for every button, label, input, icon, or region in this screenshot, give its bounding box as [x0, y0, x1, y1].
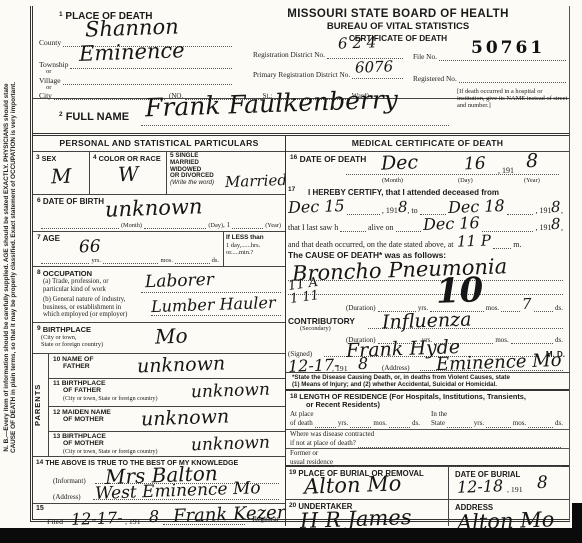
occupation-a1: (a) Trade, profession, or [43, 278, 109, 286]
state-yrs: yrs. [474, 420, 484, 428]
township-label: Township [39, 60, 68, 69]
dotted-line [486, 419, 511, 428]
burial-number: 19 [289, 469, 296, 476]
occupation-b1: (b) General nature of industry, [43, 296, 127, 304]
dotted-line [447, 419, 472, 428]
parents-sidebar: PARENTS [33, 354, 49, 456]
certify-year2-value: 8 [551, 200, 561, 215]
age-less-cell: If LESS than 1 day,......hrs. or.....min… [223, 232, 285, 266]
age-units: yrs. mos. ds. [39, 255, 219, 264]
filed-date-value: 12-17- [71, 510, 123, 528]
contributory-sub: (Secondary) [300, 325, 331, 332]
residence-label2: or Recent Residents) [290, 401, 526, 409]
occupation-label: 8 OCCUPATION [37, 269, 92, 278]
mother-bp-l1: BIRTHPLACE [62, 433, 106, 440]
occupation-b-value: Lumber Hauler [151, 295, 276, 315]
dob-label: 6 DATE OF BIRTH [37, 197, 104, 206]
certify-line4: and that death occurred, on the date sta… [288, 234, 563, 249]
state-mos: mos. [513, 420, 526, 428]
undertaker-number: 20 [289, 502, 296, 509]
dod-day-label: (Day) [458, 177, 473, 184]
certify-line3: that I last saw h alive on Dec 16 , 191 … [288, 217, 563, 232]
mother-l2: OF MOTHER [53, 416, 111, 423]
registered-no-row: Registered No. [413, 74, 568, 83]
residence-label: 18 LENGTH OF RESIDENCE (For Hospitals, I… [290, 393, 526, 409]
birthplace-number: 9 [37, 325, 41, 332]
or-label-1: or [46, 68, 51, 75]
at-ds: ds. [412, 420, 420, 428]
dotted-line [507, 206, 534, 215]
registration-district-value: 6 2 4 [338, 35, 377, 51]
marital-l1: SINGLE [175, 152, 198, 159]
dotted-line [144, 220, 206, 229]
occupation-b3: which employed (or employer) [43, 311, 127, 319]
dotted-line [41, 255, 89, 264]
township-value: Eminence [79, 40, 185, 65]
dotted-line [350, 419, 371, 428]
father-birthplace-row: 11 BIRTHPLACE OF FATHER (City or town, S… [49, 379, 285, 407]
parents-block: PARENTS 10 NAME OF FATHER unknown 11 BIR… [33, 354, 285, 457]
mother-birthplace-sub: (City or town, State or foreign country) [63, 449, 157, 455]
certify-number: 17 [288, 186, 295, 195]
certify-year1-value: 8 [398, 200, 408, 215]
dob-year-label: (Year) [265, 222, 281, 229]
mother-number: 12 [53, 409, 60, 416]
certify-pre-year-1: , 191 [382, 206, 398, 215]
mother-birthplace-label: 13 BIRTHPLACE OF MOTHER [53, 433, 106, 447]
age-mos-label: mos. [160, 257, 172, 264]
father-l1: NAME OF [62, 356, 93, 363]
county-label: County [39, 38, 61, 47]
undertaker-cell: 20 UNDERTAKER H R James [286, 500, 449, 526]
registration-district-label: Registration District No. [253, 50, 325, 59]
marital-cell: 5 SINGLE MARRIED WIDOWED OR DIVORCED (Wr… [167, 152, 285, 194]
footnote-line2: (1) Means of Injury; and (2) whether Acc… [292, 381, 565, 388]
age-row: 7 AGE 66 yrs. mos. ds. If LESS than [33, 232, 285, 267]
contracted-line2: if not at place of death? [290, 440, 356, 448]
marital-number: 5 [170, 152, 174, 159]
sex-cell: 3 SEX M [33, 152, 90, 194]
sex-text: SEX [42, 154, 57, 163]
bureau-title: BUREAU OF VITAL STATISTICS [228, 21, 568, 32]
father-bp-l2: OF FATHER [53, 387, 106, 394]
dotted-line [346, 174, 559, 175]
certify-line2: Dec 15 , 191 8 , to Dec 18 , 191 8 , [288, 200, 563, 215]
dotted-line [288, 280, 563, 281]
full-name-text: FULL NAME [66, 111, 129, 123]
divider [286, 448, 569, 449]
dod-pre-year: , 191 [498, 166, 514, 175]
burial-row: 19 PLACE OF BURIAL OR REMOVAL Alton Mo D… [286, 465, 569, 499]
age-yrs-label: yrs. [91, 257, 101, 264]
residence-block: 18 LENGTH OF RESIDENCE (For Hospitals, I… [286, 389, 569, 465]
at-yrs: yrs. [338, 420, 348, 428]
occupation-a-value: Laborer [145, 272, 214, 291]
certify-block: 17 I HEREBY CERTIFY, that I attended dec… [286, 186, 569, 248]
dob-sublabels: (Month) (Day) , 1 (Year) [39, 220, 281, 229]
color-number: 4 [93, 154, 97, 161]
sex-value: M [51, 166, 72, 187]
scanned-death-certificate: { "colors": {"paper": "#fcfbf6", "ink": … [0, 0, 582, 543]
dotted-line [358, 439, 561, 448]
certify-to-label: , to [407, 206, 417, 215]
file-no-value: 50761 [471, 38, 545, 58]
sex-number: 3 [36, 154, 40, 161]
certificate-form: 1 PLACE OF DEATH MISSOURI STATE BOARD OF… [30, 6, 570, 522]
contracted-line1: Where was disease contracted [290, 431, 563, 439]
signed-address-label: (Address) [382, 364, 410, 372]
filed-pre-year: , 191 [125, 517, 141, 526]
color-cell: 4 COLOR OR RACE W [90, 152, 167, 194]
birthplace-text: BIRTHPLACE [43, 325, 91, 334]
dotted-line [63, 76, 232, 85]
marital-label: 5 SINGLE MARRIED WIDOWED OR DIVORCED (Wr… [170, 153, 214, 187]
father-l2: FATHER [53, 363, 93, 370]
birthplace-sub: (City or town, State or foreign country) [41, 334, 103, 348]
dotted-line [534, 303, 553, 312]
org-title: MISSOURI STATE BOARD OF HEALTH [228, 8, 568, 20]
dotted-line [389, 419, 410, 428]
birthplace-label: 9 BIRTHPLACE [37, 325, 91, 334]
county-value: Shannon [85, 16, 179, 40]
dotted-line [396, 223, 422, 232]
full-name-value: Frank Faulkenberry [145, 87, 399, 121]
dod-month-value: Dec [381, 153, 419, 173]
date-of-death-row: 16 DATE OF DEATH Dec (Month) 16 (Day) , … [286, 152, 569, 186]
at-place-line1: At place [290, 411, 420, 419]
margin-note-line2: CAUSE OF DEATH in plain terms, so that i… [10, 15, 17, 520]
mother-bp-l2: OF MOTHER [53, 440, 106, 447]
father-name-value: unknown [137, 354, 226, 376]
informant-address-label: (Address) [53, 493, 81, 501]
signed-year-value: 8 [358, 356, 369, 372]
occupation-a-label: (a) Trade, profession, or particular kin… [43, 278, 109, 293]
form-columns: PERSONAL AND STATISTICAL PARTICULARS 3 S… [33, 136, 569, 526]
cause-footnote: *State the Disease Causing Death, or, in… [286, 372, 569, 389]
certify-pre-year-3: , 191 [535, 223, 551, 232]
dob-month-label: (Month) [121, 222, 142, 229]
in-state-line2: State [431, 420, 445, 428]
dotted-line [511, 335, 553, 344]
mother-birthplace-value: unknown [191, 435, 270, 455]
dob-number: 6 [37, 197, 41, 204]
sex-color-marital-row: 3 SEX M 4 COLOR OR RACE W 5 SINGLE MARRI [33, 152, 285, 195]
certify-last-value: Dec 16 [423, 215, 480, 233]
duration-days-value: 7 [522, 297, 532, 312]
dob-text: DATE OF BIRTH [43, 197, 104, 206]
occupation-number: 8 [37, 269, 41, 276]
age-number: 7 [37, 234, 41, 241]
at-mos: mos. [373, 420, 386, 428]
registrar-label: Registrar [252, 514, 279, 523]
former-line1: Former or [290, 450, 563, 458]
father-bp-number: 11 [53, 380, 60, 387]
full-name-label: 2 FULL NAME [59, 111, 129, 123]
or-label-2: or [46, 84, 51, 91]
dob-pre-year: , 1 [223, 221, 230, 229]
residence-contracted: Where was disease contracted if not at p… [290, 431, 563, 448]
father-birthplace-value: unknown [191, 382, 270, 402]
filed-row: 15 Filed 12-17- , 191 8 Frank Kezer Regi… [33, 504, 285, 526]
dod-text: DATE OF DEATH [300, 154, 367, 164]
footnote-line1: *State the Disease Causing Death, or, in… [292, 374, 565, 381]
occupation-b-label: (b) General nature of industry, business… [43, 296, 127, 319]
certify-line3b: alive on [368, 223, 394, 232]
certify-line3a: that I last saw h [288, 223, 338, 232]
dod-year-value: 8 [526, 152, 539, 171]
residence-number: 18 [290, 393, 297, 400]
parents-rows: 10 NAME OF FATHER unknown 11 BIRTHPLACE … [49, 354, 285, 456]
age-less-3: or.....min.? [226, 249, 283, 257]
filed-number: 15 [36, 505, 44, 512]
marital-sub: (Write the word) [170, 180, 214, 187]
mother-name-value: unknown [141, 407, 230, 429]
mother-name-label: 12 MAIDEN NAME OF MOTHER [53, 409, 111, 424]
dod-label: 16 DATE OF DEATH [290, 154, 366, 164]
informant-row: 14 THE ABOVE IS TRUE TO THE BEST OF MY K… [33, 457, 285, 504]
father-birthplace-label: 11 BIRTHPLACE OF FATHER [53, 380, 106, 394]
informant-label: (Informant) [53, 477, 86, 485]
certify-comma: , [561, 206, 563, 215]
personal-title: PERSONAL AND STATISTICAL PARTICULARS [33, 136, 285, 152]
birthplace-sub1: (City or town, [41, 334, 103, 341]
father-birthplace-sub: (City or town, State or foreign country) [63, 396, 157, 402]
place-of-death-number: 1 [59, 11, 63, 18]
mother-birthplace-row: 13 BIRTHPLACE OF MOTHER (City or town, S… [49, 432, 285, 456]
color-value: W [118, 164, 139, 185]
undertaker-row: 20 UNDERTAKER H R James ADDRESS Alton Mo [286, 499, 569, 526]
primary-district-label: Primary Registration District No. [253, 70, 350, 79]
father-name-row: 10 NAME OF FATHER unknown [49, 354, 285, 379]
father-name-label: 10 NAME OF FATHER [53, 356, 93, 371]
contributory-mos-label: mos. [495, 336, 508, 344]
dotted-line [501, 303, 520, 312]
dob-value: unknown [105, 196, 203, 220]
occupation-a2: particular kind of work [43, 286, 109, 294]
mother-l1: MAIDEN NAME [62, 409, 111, 416]
registered-no-label: Registered No. [413, 74, 457, 83]
filed-year-value: 8 [149, 509, 160, 525]
birthplace-value: Mo [155, 325, 188, 346]
age-less-2: 1 day,......hrs. [226, 242, 283, 250]
certify-pre-year-2: , 191 [535, 206, 551, 215]
dotted-line [528, 419, 553, 428]
marital-value: Married [225, 173, 287, 190]
dotted-line [340, 223, 366, 232]
in-state-line1: In the [431, 411, 563, 419]
occupation-text: OCCUPATION [43, 269, 92, 278]
certify-from-value: Dec 15 [288, 198, 345, 216]
birthplace-sub2: State or foreign country) [41, 341, 103, 348]
age-ds-label: ds. [212, 257, 219, 264]
left-margin-note: N. B.—Every item of information should b… [3, 15, 17, 520]
dotted-line [315, 419, 336, 428]
residence-in-state: In the Stateyrs.mos.ds. [431, 411, 563, 428]
parents-label: PARENTS [33, 354, 48, 456]
birthplace-row: 9 BIRTHPLACE (City or town, State or for… [33, 323, 285, 354]
dotted-line [347, 206, 380, 215]
residence-at-place: At place of deathyrs.mos.ds. [290, 411, 420, 428]
attest-number: 14 [36, 459, 43, 466]
dotted-line [141, 125, 449, 126]
mother-name-row: 12 MAIDEN NAME OF MOTHER unknown [49, 407, 285, 432]
certify-year3-value: 8 [551, 217, 561, 232]
undertaker-address-cell: ADDRESS Alton Mo [449, 500, 569, 526]
full-name-number: 2 [59, 111, 63, 118]
dod-month-label: (Month) [382, 177, 403, 184]
cause-mos-label: mos. [486, 304, 499, 312]
margin-note-line1: N. B.—Every item of information should b… [3, 15, 10, 520]
age-cell: 7 AGE 66 yrs. mos. ds. [33, 232, 223, 266]
dotted-line [163, 524, 245, 525]
certify-num-text: 17 [288, 186, 295, 193]
village-row: Village [39, 76, 234, 85]
scan-edge-bottom [0, 528, 582, 543]
burial-date-value: 12-18 [457, 478, 504, 496]
primary-district-value: 6076 [355, 59, 394, 75]
certify-comma-2: , [561, 223, 563, 232]
father-number: 10 [53, 356, 60, 363]
former-line2: usual residence [290, 459, 333, 467]
signed-pre-year: , 191 [332, 364, 348, 373]
dob-row: 6 DATE OF BIRTH unknown (Month) (Day) , … [33, 195, 285, 232]
sex-label: 3 SEX [36, 154, 56, 163]
mother-bp-number: 13 [53, 433, 60, 440]
dod-number: 16 [290, 154, 297, 161]
burial-place-cell: 19 PLACE OF BURIAL OR REMOVAL Alton Mo [286, 467, 449, 499]
cause-duration-label: (Duration) [346, 304, 376, 312]
age-text: AGE [43, 234, 60, 243]
medical-column: MEDICAL CERTIFICATE OF DEATH 16 DATE OF … [285, 136, 569, 526]
father-bp-l1: BIRTHPLACE [62, 380, 106, 387]
hospital-note: [If death occurred in a hospital or inst… [457, 88, 569, 110]
age-label: 7 AGE [37, 234, 60, 243]
state-ds: ds. [555, 420, 563, 428]
residence-former: Former or usual residence [290, 450, 563, 467]
contributory-block: CONTRIBUTORY (Secondary) Influenza (Dura… [286, 314, 569, 372]
filed-label: Filed [47, 517, 63, 526]
form-header: 1 PLACE OF DEATH MISSOURI STATE BOARD OF… [33, 6, 569, 99]
age-less-1: If LESS than [226, 234, 283, 242]
dotted-line [41, 220, 119, 229]
occupation-b2: business, or establishment in [43, 304, 127, 312]
dod-day-value: 16 [464, 156, 486, 174]
occupation-row: 8 OCCUPATION (a) Trade, profession, or p… [33, 267, 285, 323]
personal-column: PERSONAL AND STATISTICAL PARTICULARS 3 S… [33, 136, 285, 526]
dotted-line [335, 458, 561, 467]
burial-year-value: 8 [537, 475, 548, 492]
dod-year-label: (Year) [524, 177, 540, 184]
dotted-line [459, 74, 566, 83]
cause-block: The CAUSE OF DEATH* was as follows: Bron… [286, 248, 569, 314]
burial-date-cell: DATE OF BURIAL 12-18 , 191 8 [449, 467, 569, 499]
contributory-ds-label: ds. [555, 336, 563, 344]
cause-ds-label: ds. [555, 304, 563, 312]
at-place-line2: of death [290, 420, 313, 428]
burial-place-value: Alton Mo [304, 473, 402, 497]
burial-pre-year: , 191 [507, 485, 523, 494]
dotted-line [232, 220, 263, 229]
dotted-line [103, 255, 158, 264]
dob-day-label: (Day) [208, 222, 223, 229]
file-no-label: File No. [413, 52, 437, 61]
cause-scribble-2: 1 11 [289, 289, 319, 306]
signed-address-value: Eminence Mo [436, 352, 562, 374]
contributory-value: Influenza [382, 310, 472, 332]
dotted-line [175, 255, 210, 264]
age-value: 66 [79, 239, 101, 257]
